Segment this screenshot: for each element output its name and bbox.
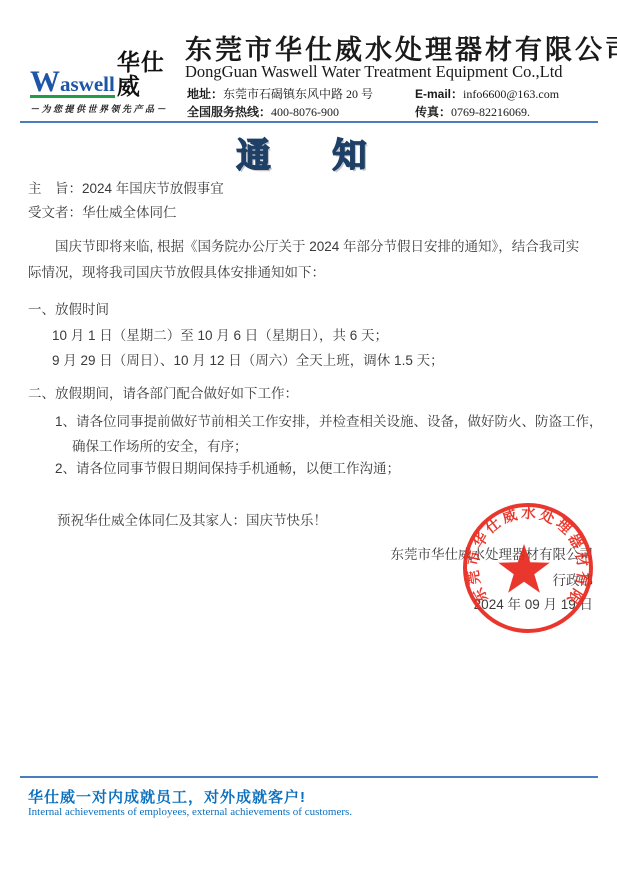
- logo-tagline: －为您提供世界领先产品－: [30, 102, 180, 115]
- recipient-line: 受文者：华仕威全体同仁: [28, 203, 177, 223]
- wish-line: 预祝华仕威全体同仁及其家人：国庆节快乐！: [57, 511, 327, 531]
- logo-wordmark-en: Waswell: [30, 72, 115, 98]
- company-seal-stamp: 东莞市华仕威水处理器材有限公司: [458, 498, 598, 638]
- footer-slogan-chinese: 华仕威一对内成就员工，对外成就客户!: [28, 786, 306, 807]
- intro-paragraph: 国庆节即将来临, 根据《国务院办公厅关于 2024 年部分节假日安排的通知》，结…: [28, 234, 592, 286]
- email-value: info6600@163.com: [463, 87, 559, 101]
- section1-title: 一、放假时间: [28, 300, 109, 320]
- section1-item: 9 月 29 日（周日）、10 月 12 日（周六）全天上班，调休 1.5 天；: [52, 351, 444, 371]
- address-value: 东莞市石碣镇东风中路 20 号: [223, 87, 373, 101]
- section2-item: 2、请各位同事节假日期间保持手机通畅，以便工作沟通；: [55, 459, 400, 479]
- section1-item: 10 月 1 日（星期二）至 10 月 6 日（星期日），共 6 天；: [52, 326, 388, 346]
- fax-value: 0769-82216069.: [451, 105, 530, 119]
- notice-title: 通 知: [0, 128, 617, 177]
- address-line: 地址：东莞市石碣镇东风中路 20 号: [187, 85, 415, 103]
- fax-line: 传真：0769-82216069.: [415, 103, 530, 121]
- notice-document-page: Waswell 华仕威 －为您提供世界领先产品－ 东莞市华仕威水处理器材有限公司…: [0, 0, 617, 875]
- logo-wordmark-zh: 华仕威: [117, 50, 180, 98]
- email-line: E-mail：info6600@163.com: [415, 85, 559, 103]
- company-name-english: DongGuan Waswell Water Treatment Equipme…: [185, 62, 595, 82]
- hotline-label: 全国服务热线：: [187, 105, 271, 119]
- fax-label: 传真：: [415, 105, 451, 119]
- subject-line: 主 旨：2024 年国庆节放假事宜: [28, 179, 224, 199]
- hotline-line: 全国服务热线：400-8076-900: [187, 103, 415, 121]
- section2-item: 1、请各位同事提前做好节前相关工作安排，并检查相关设施、设备，做好防火、防盗工作…: [55, 409, 609, 459]
- footer-slogan-english: Internal achievements of employees, exte…: [28, 806, 352, 818]
- company-contact-block: 地址：东莞市石碣镇东风中路 20 号 E-mail：info6600@163.c…: [187, 85, 597, 121]
- footer-divider-line: [20, 776, 598, 778]
- email-label: E-mail：: [415, 87, 463, 101]
- section2-title: 二、放假期间，请各部门配合做好如下工作：: [28, 384, 298, 404]
- header-divider-line: [20, 121, 598, 123]
- seal-star-icon: [498, 544, 549, 593]
- address-label: 地址：: [187, 87, 223, 101]
- company-logo: Waswell 华仕威 －为您提供世界领先产品－: [30, 50, 180, 115]
- hotline-value: 400-8076-900: [271, 105, 339, 119]
